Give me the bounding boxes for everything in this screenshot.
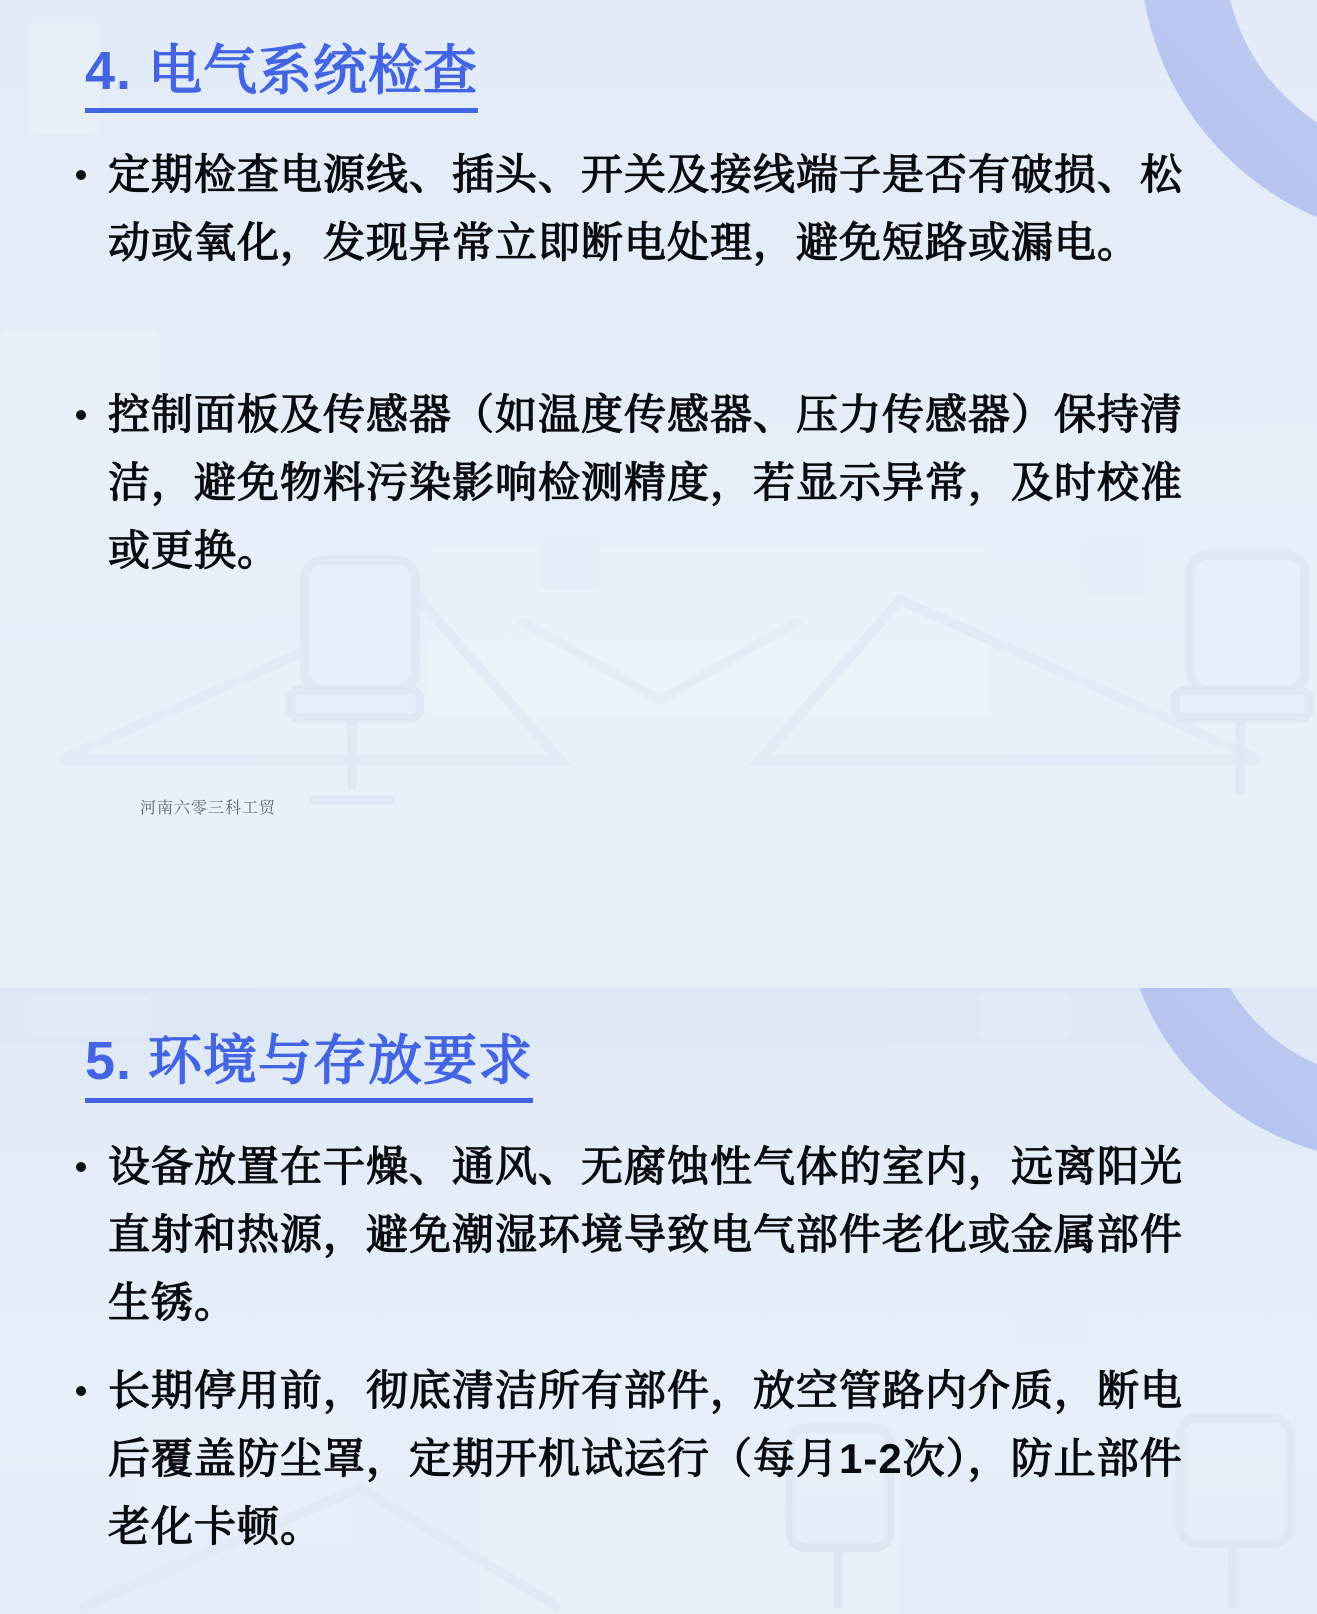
watermark: 河南六零三科工贸	[140, 795, 276, 818]
bullet-text: 长期停用前，彻底清洁所有部件，放空管路内介质，断电 后覆盖防尘罩，定期开机试运行…	[108, 1357, 1183, 1561]
bullet-text: 定期检查电源线、插头、开关及接线端子是否有破损、松 动或氧化，发现异常立即断电处…	[108, 141, 1183, 277]
bullet-dot-icon	[76, 1386, 86, 1396]
list-item: 控制面板及传感器（如温度传感器、压力传感器）保持清 洁，避免物料污染影响检测精度…	[76, 381, 1227, 585]
slide-section-4: 4. 电气系统检查 定期检查电源线、插头、开关及接线端子是否有破损、松 动或氧化…	[0, 0, 1317, 988]
list-item: 长期停用前，彻底清洁所有部件，放空管路内介质，断电 后覆盖防尘罩，定期开机试运行…	[76, 1357, 1227, 1561]
section-4-heading-row: 4. 电气系统检查	[0, 0, 1317, 113]
list-item: 定期检查电源线、插头、开关及接线端子是否有破损、松 动或氧化，发现异常立即断电处…	[76, 141, 1227, 277]
bullet-dot-icon	[76, 1162, 86, 1172]
bullet-text: 控制面板及传感器（如温度传感器、压力传感器）保持清 洁，避免物料污染影响检测精度…	[108, 381, 1183, 585]
section-4-bullet-list: 定期检查电源线、插头、开关及接线端子是否有破损、松 动或氧化，发现异常立即断电处…	[0, 141, 1317, 585]
section-5-bullet-list: 设备放置在干燥、通风、无腐蚀性气体的室内，远离阳光 直射和热源，避免潮湿环境导致…	[0, 1133, 1317, 1561]
section-5-heading: 5. 环境与存放要求	[85, 1030, 533, 1103]
section-5-heading-row: 5. 环境与存放要求	[0, 988, 1317, 1103]
bullet-dot-icon	[76, 170, 86, 180]
page: 4. 电气系统检查 定期检查电源线、插头、开关及接线端子是否有破损、松 动或氧化…	[0, 0, 1317, 1614]
bullet-text: 设备放置在干燥、通风、无腐蚀性气体的室内，远离阳光 直射和热源，避免潮湿环境导致…	[108, 1133, 1183, 1337]
section-4-heading: 4. 电气系统检查	[85, 40, 478, 113]
list-item: 设备放置在干燥、通风、无腐蚀性气体的室内，远离阳光 直射和热源，避免潮湿环境导致…	[76, 1133, 1227, 1337]
bullet-dot-icon	[76, 410, 86, 420]
slide-section-5: 5. 环境与存放要求 设备放置在干燥、通风、无腐蚀性气体的室内，远离阳光 直射和…	[0, 988, 1317, 1614]
